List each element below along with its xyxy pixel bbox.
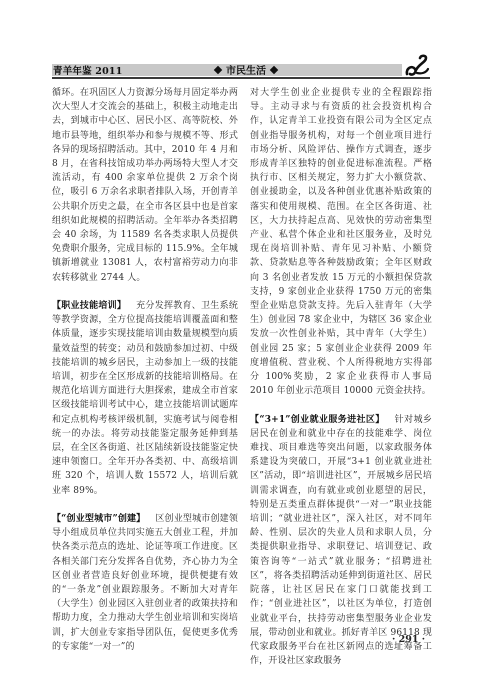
section-title: 市民生活 xyxy=(207,62,285,77)
diamond-icon xyxy=(214,66,222,74)
right-column: 对大学生创业企业提供专业的全程跟踪指导。主动寻求与有资质的社会投资机构合作，认定… xyxy=(250,86,432,668)
section-heading: 【“3+1”创业就业服务进社区】 xyxy=(250,415,385,425)
paragraph-community-services: 【“3+1”创业就业服务进社区】针对城乡居民在创业和就业中存在的技能难学、岗位难… xyxy=(250,413,432,669)
paragraph-text: 区创业型城市创建领导小组成员单位共同实施五大创业工程，并加快各类示范点的选址、论… xyxy=(52,514,238,652)
swirl-ornament-icon xyxy=(404,54,432,78)
paragraph-text: 循环。在巩固区人力资源分场每月固定举办两次大型人才交流会的基础上，积极主动地走出… xyxy=(52,88,238,283)
section-title-text: 市民生活 xyxy=(226,66,266,77)
paragraph-employment-continuation: 循环。在巩固区人力资源分场每月固定举办两次大型人才交流会的基础上，积极主动地走出… xyxy=(52,86,238,285)
book-title: 青羊年鉴 2011 xyxy=(53,63,123,77)
paragraph-text: 对大学生创业企业提供专业的全程跟踪指导。主动寻求与有资质的社会投资机构合作，认定… xyxy=(250,88,432,396)
paragraph-text: 充分发挥教育、卫生系统等教学资源，全方位提高技能培训覆盖面和整体质量，逐步实现技… xyxy=(52,301,238,496)
header-rule xyxy=(52,77,430,79)
paragraph-vocational-training: 【职业技能培训】充分发挥教育、卫生系统等教学资源，全方位提高技能培训覆盖面和整体… xyxy=(52,299,238,498)
section-heading: 【职业技能培训】 xyxy=(52,301,126,311)
page-number: · 291 · xyxy=(392,634,425,645)
paragraph-entrepreneurship-support: 对大学生创业企业提供专业的全程跟踪指导。主动寻求与有资质的社会投资机构合作，认定… xyxy=(250,86,432,398)
running-header: 青羊年鉴 2011 市民生活 xyxy=(52,62,432,78)
diamond-icon xyxy=(270,66,278,74)
section-heading: 【“创业型城市”创建】 xyxy=(52,514,145,524)
paragraph-text: 针对城乡居民在创业和就业中存在的技能难学、岗位难找、项目难选等突出问题，以家政服… xyxy=(250,415,432,666)
paragraph-entrepreneurial-city: 【“创业型城市”创建】区创业型城市创建领导小组成员单位共同实施五大创业工程，并加… xyxy=(52,512,238,654)
left-column: 循环。在巩固区人力资源分场每月固定举办两次大型人才交流会的基础上，积极主动地走出… xyxy=(52,86,238,654)
